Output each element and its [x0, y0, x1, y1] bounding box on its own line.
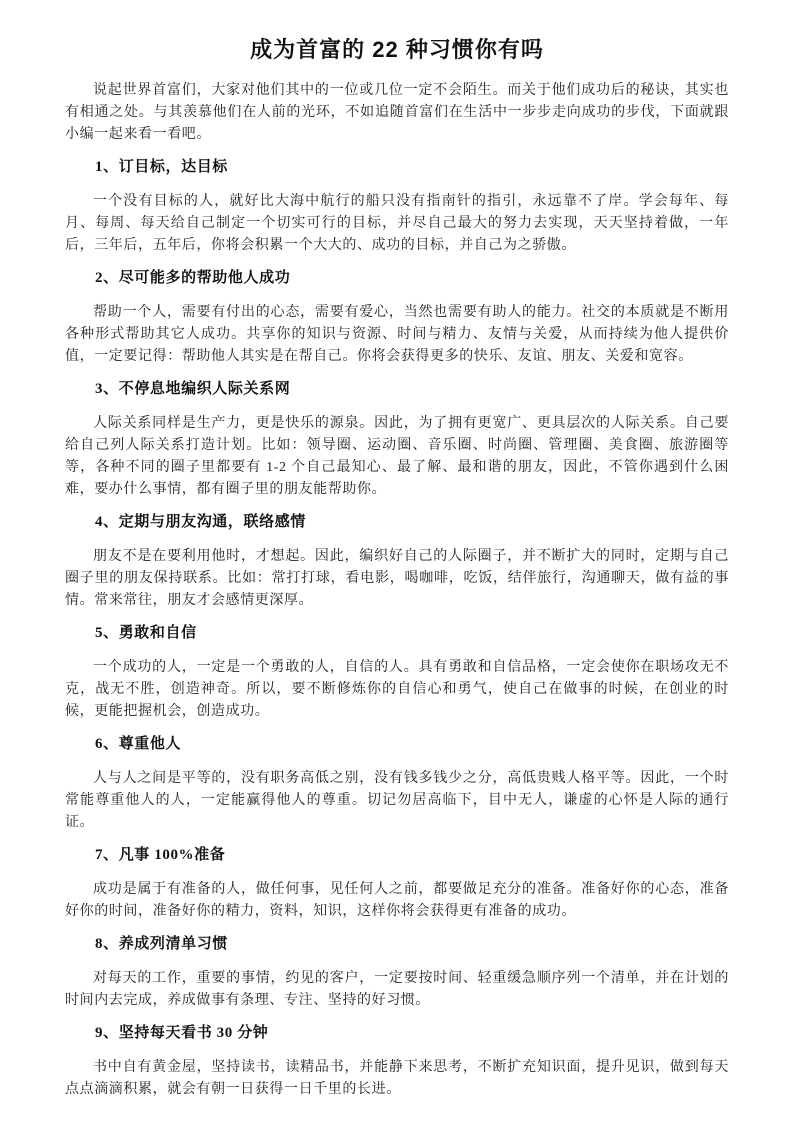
section-2: 2、尽可能多的帮助他人成功 帮助一个人，需要有付出的心态，需要有爱心，当然也需要… — [65, 267, 729, 368]
section-5-body: 一个成功的人，一定是一个勇敢的人，自信的人。具有勇敢和自信品格，一定会使你在职场… — [65, 657, 729, 723]
intro-paragraph: 说起世界首富们，大家对他们其中的一位或几位一定不会陌生。而关于他们成功后的秘诀，… — [65, 80, 729, 146]
section-8: 8、养成列清单习惯 对每天的工作，重要的事情，约见的客户，一定要按时间、轻重缓急… — [65, 933, 729, 1012]
section-9: 9、坚持每天看书 30 分钟 书中自有黄金屋，坚持读书，读精品书，并能静下来思考… — [65, 1022, 729, 1101]
section-6-heading: 6、尊重他人 — [65, 733, 729, 755]
section-9-heading: 9、坚持每天看书 30 分钟 — [65, 1022, 729, 1044]
section-4: 4、定期与朋友沟通，联络感情 朋友不是在要利用他时，才想起。因此，编织好自己的人… — [65, 511, 729, 612]
section-7: 7、凡事 100%准备 成功是属于有准备的人，做任何事，见任何人之前，都要做足充… — [65, 844, 729, 923]
section-1-body: 一个没有目标的人，就好比大海中航行的船只没有指南针的指引，永远靠不了岸。学会每年… — [65, 191, 729, 257]
section-9-body: 书中自有黄金屋，坚持读书，读精品书，并能静下来思考，不断扩充知识面，提升见识，做… — [65, 1057, 729, 1101]
section-7-body: 成功是属于有准备的人，做任何事，见任何人之前，都要做足充分的准备。准备好你的心态… — [65, 879, 729, 923]
section-1: 1、订目标，达目标 一个没有目标的人，就好比大海中航行的船只没有指南针的指引，永… — [65, 156, 729, 257]
section-7-heading: 7、凡事 100%准备 — [65, 844, 729, 866]
page-title: 成为首富的 22 种习惯你有吗 — [65, 35, 729, 65]
section-3-body: 人际关系同样是生产力，更是快乐的源泉。因此，为了拥有更宽广、更具层次的人际关系。… — [65, 413, 729, 501]
section-5: 5、勇敢和自信 一个成功的人，一定是一个勇敢的人，自信的人。具有勇敢和自信品格，… — [65, 622, 729, 723]
section-5-heading: 5、勇敢和自信 — [65, 622, 729, 644]
section-6: 6、尊重他人 人与人之间是平等的，没有职务高低之别，没有钱多钱少之分，高低贵贱人… — [65, 733, 729, 834]
section-3: 3、不停息地编织人际关系网 人际关系同样是生产力，更是快乐的源泉。因此，为了拥有… — [65, 378, 729, 501]
section-4-body: 朋友不是在要利用他时，才想起。因此，编织好自己的人际圈子，并不断扩大的同时，定期… — [65, 546, 729, 612]
section-6-body: 人与人之间是平等的，没有职务高低之别，没有钱多钱少之分，高低贵贱人格平等。因此，… — [65, 768, 729, 834]
section-4-heading: 4、定期与朋友沟通，联络感情 — [65, 511, 729, 533]
section-3-heading: 3、不停息地编织人际关系网 — [65, 378, 729, 400]
section-8-body: 对每天的工作，重要的事情，约见的客户，一定要按时间、轻重缓急顺序列一个清单，并在… — [65, 968, 729, 1012]
section-2-body: 帮助一个人，需要有付出的心态，需要有爱心，当然也需要有助人的能力。社交的本质就是… — [65, 302, 729, 368]
section-1-heading: 1、订目标，达目标 — [65, 156, 729, 178]
document-page: 成为首富的 22 种习惯你有吗 说起世界首富们，大家对他们其中的一位或几位一定不… — [0, 0, 794, 1123]
section-2-heading: 2、尽可能多的帮助他人成功 — [65, 267, 729, 289]
section-8-heading: 8、养成列清单习惯 — [65, 933, 729, 955]
